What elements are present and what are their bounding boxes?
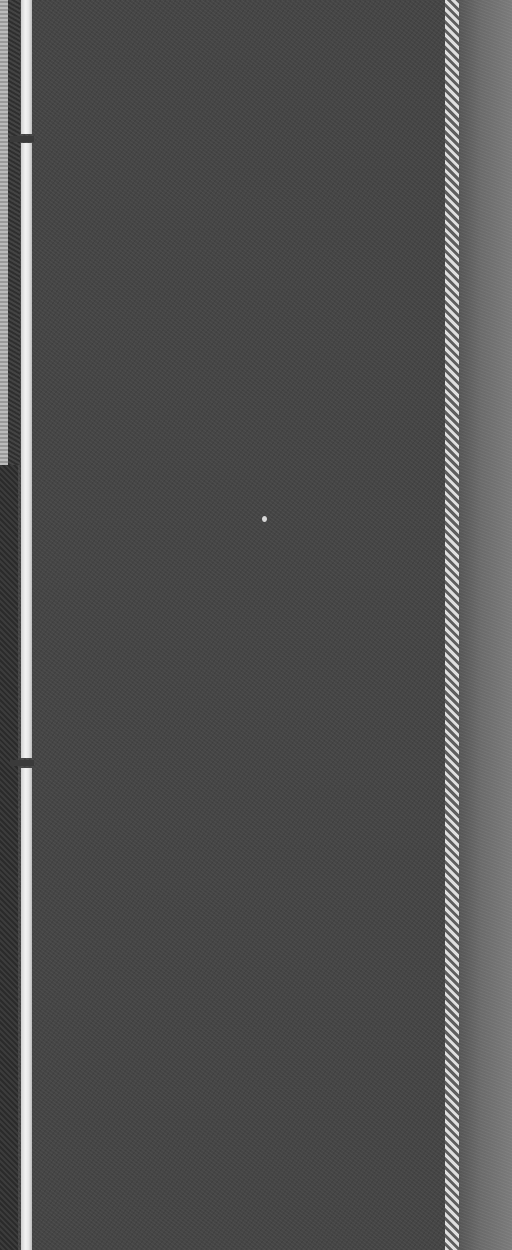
road-debris — [262, 516, 267, 522]
lane-marking-segment — [21, 0, 32, 134]
lane-marking-segment — [21, 768, 32, 1250]
checkered-edge-marking — [445, 0, 459, 1250]
left-shoulder-dark — [0, 465, 18, 1250]
marking-seam — [10, 760, 34, 766]
road-aerial-image — [0, 0, 512, 1250]
marking-seam — [10, 136, 34, 142]
left-gap-asphalt — [8, 0, 20, 465]
lane-marking-segment — [21, 143, 32, 758]
left-shoulder-light — [0, 0, 8, 465]
right-shoulder — [459, 0, 512, 1250]
